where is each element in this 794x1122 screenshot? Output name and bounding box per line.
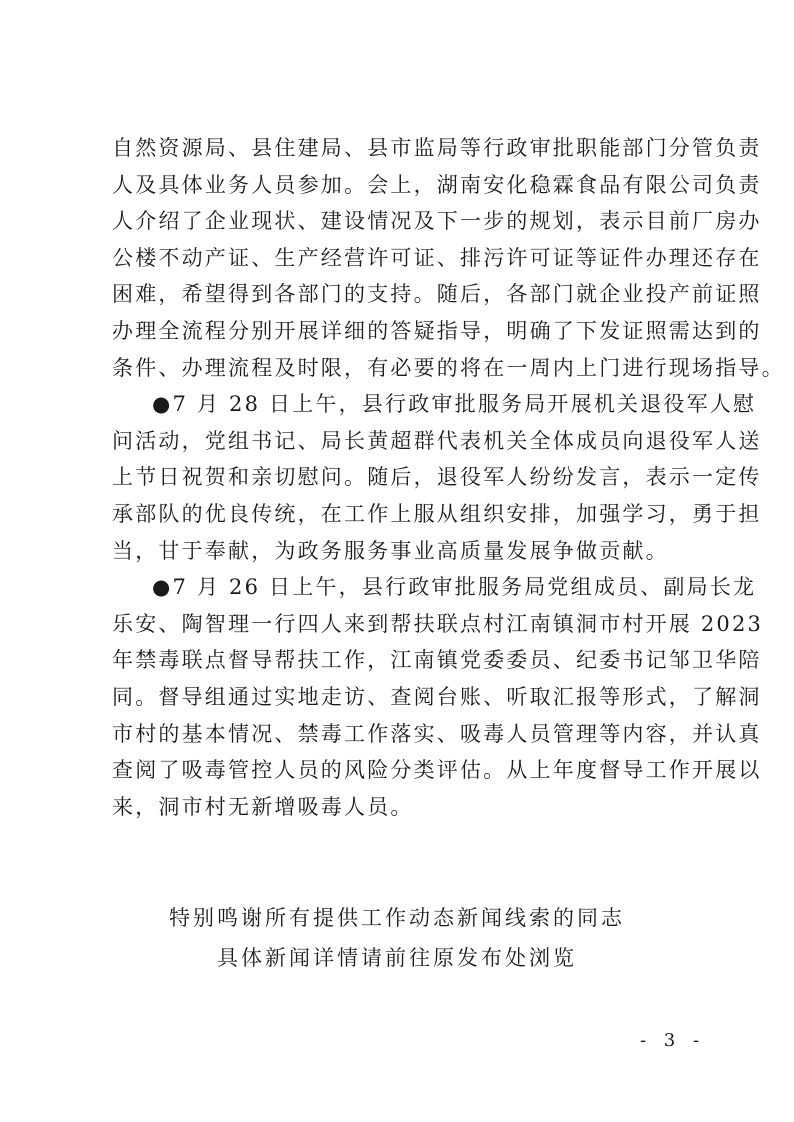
text-line: 同。督导组通过实地走访、查阅台账、听取汇报等形式，了解洞 [112, 679, 696, 716]
paragraph-drug-control: ●7 月 26 日上午，县行政审批服务局党组成员、副局长龙 乐安、陶智理一行四人… [112, 569, 696, 825]
text-line: 人介绍了企业现状、建设情况及下一步的规划，表示目前厂房办 [112, 203, 696, 240]
text-line: 市村的基本情况、禁毒工作落实、吸毒人员管理等内容，并认真 [112, 716, 696, 753]
body-text: 自然资源局、县住建局、县市监局等行政审批职能部门分管负责 人及具体业务人员参加。… [112, 130, 696, 825]
text-line-bullet: ●7 月 26 日上午，县行政审批服务局党组成员、副局长龙 [112, 569, 696, 606]
text-line: 问活动，党组书记、局长黄超群代表机关全体成员向退役军人送 [112, 423, 696, 460]
acknowledgement-line: 特别鸣谢所有提供工作动态新闻线索的同志 [0, 898, 794, 938]
text-line-bullet: ●7 月 28 日上午，县行政审批服务局开展机关退役军人慰 [112, 386, 696, 423]
text-line: 年禁毒联点督导帮扶工作，江南镇党委委员、纪委书记邹卫华陪 [112, 642, 696, 679]
text-line: 办理全流程分别开展详细的答疑指导，明确了下发证照需达到的 [112, 313, 696, 350]
text-line: 查阅了吸毒管控人员的风险分类评估。从上年度督导工作开展以 [112, 752, 696, 789]
text-line: 困难，希望得到各部门的支持。随后，各部门就企业投产前证照 [112, 276, 696, 313]
text-line: 承部队的优良传统，在工作上服从组织安排，加强学习，勇于担 [112, 496, 696, 533]
closing-note: 特别鸣谢所有提供工作动态新闻线索的同志 具体新闻详情请前往原发布处浏览 [0, 898, 794, 978]
document-page: 自然资源局、县住建局、县市监局等行政审批职能部门分管负责 人及具体业务人员参加。… [0, 0, 794, 1122]
text-line: 条件、办理流程及时限，有必要的将在一周内上门进行现场指导。 [112, 350, 696, 387]
text-line: 自然资源局、县住建局、县市监局等行政审批职能部门分管负责 [112, 130, 696, 167]
text-line: 人及具体业务人员参加。会上，湖南安化稳霖食品有限公司负责 [112, 167, 696, 204]
source-note-line: 具体新闻详情请前往原发布处浏览 [0, 938, 794, 978]
page-number: - 3 - [640, 1030, 705, 1051]
text-line: 当，甘于奉献，为政务服务事业高质量发展争做贡献。 [112, 533, 696, 570]
text-line: 公楼不动产证、生产经营许可证、排污许可证等证件办理还存在 [112, 240, 696, 277]
text-line: 来，洞市村无新增吸毒人员。 [112, 789, 696, 826]
text-line: 上节日祝贺和亲切慰问。随后，退役军人纷纷发言，表示一定传 [112, 459, 696, 496]
paragraph-meeting: 自然资源局、县住建局、县市监局等行政审批职能部门分管负责 人及具体业务人员参加。… [112, 130, 696, 386]
text-line: 乐安、陶智理一行四人来到帮扶联点村江南镇洞市村开展 2023 [112, 606, 696, 643]
paragraph-veterans-visit: ●7 月 28 日上午，县行政审批服务局开展机关退役军人慰 问活动，党组书记、局… [112, 386, 696, 569]
